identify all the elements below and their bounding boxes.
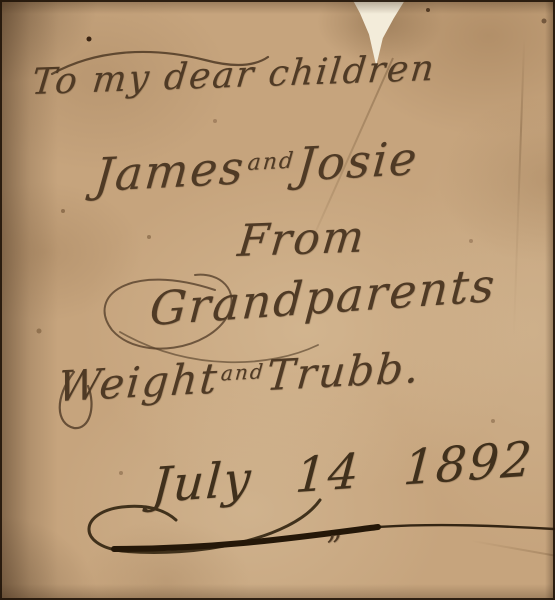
name-james: James (93, 140, 248, 202)
scanned-inscription-page: To my dear children JamesandJosie From G… (0, 0, 555, 600)
connector-and-2: and (220, 359, 266, 385)
surname-trubb: Trubb. (264, 343, 422, 400)
connector-and: and (247, 148, 297, 176)
surname-weight: Weight (56, 353, 221, 411)
paper-crease-right (513, 38, 525, 338)
inscription-from: From (235, 211, 368, 267)
ink-specks (0, 0, 2, 2)
name-josie: Josie (295, 131, 421, 192)
inscription-date: July 14 1892 (150, 431, 535, 514)
ditto-mark: „ (325, 511, 345, 547)
paper-crease-bottom (471, 540, 555, 558)
inscription-dedication: To my dear children (30, 48, 438, 103)
inscription-surnames: WeightandTrubb. (56, 343, 423, 411)
inscription-grandparents: Grandparents (148, 258, 498, 337)
inscription-names: JamesandJosie (93, 131, 421, 202)
